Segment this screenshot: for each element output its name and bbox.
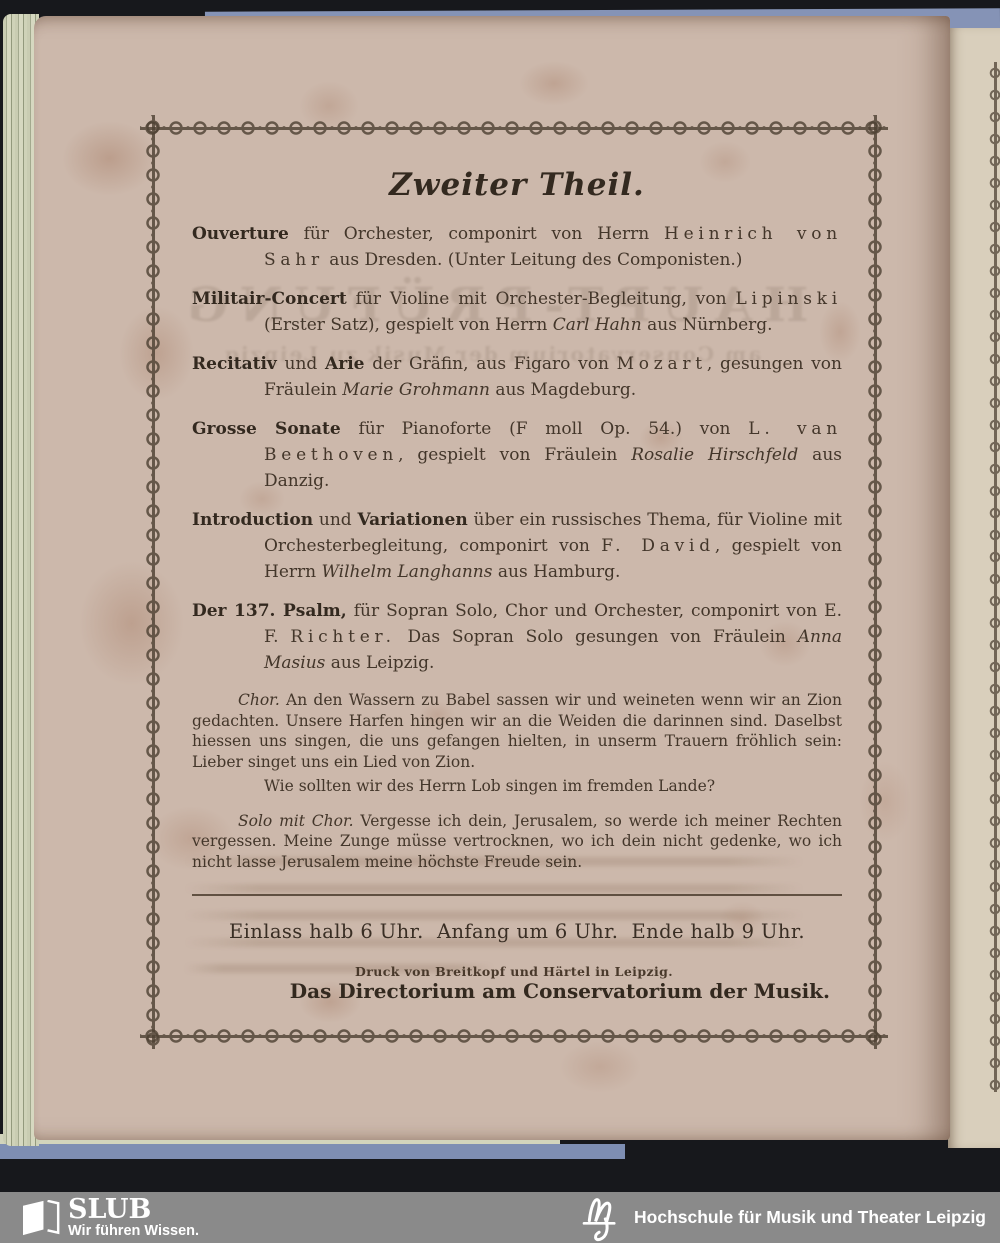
program-page: HAUPT-PRÜFUNG am Conservatorium der Musi… xyxy=(34,16,950,1140)
directorium-signature: Das Directorium am Conservatorium der Mu… xyxy=(192,979,842,1003)
hmt-mark-icon xyxy=(582,1194,618,1242)
text-segment: Wilhelm Langhanns xyxy=(322,562,493,582)
program-item-introduction-variationen: Introduction und Variationen über ein ru… xyxy=(192,507,842,585)
ornamental-border-bottom xyxy=(140,1023,888,1049)
psalm-chor-text: Chor. An den Wassern zu Babel sassen wir… xyxy=(192,690,842,772)
ornamental-border-top xyxy=(140,115,888,141)
text-segment: und xyxy=(277,354,325,374)
ornamental-frame: Zweiter Theil. Ouverture für Orchester, … xyxy=(140,115,888,1049)
facing-page-ornament-border xyxy=(988,62,1000,1092)
program-item-recitativ-arie: Recitativ und Arie der Gräfin, aus Figar… xyxy=(192,351,842,403)
text-segment: und xyxy=(313,510,357,530)
text-segment: aus Nürnberg. xyxy=(642,315,773,335)
program-item-grosse-sonate: Grosse Sonate für Pianoforte (F moll Op.… xyxy=(192,416,842,494)
text-segment: Richter. xyxy=(290,627,395,647)
text-segment: Lipinski xyxy=(735,289,842,309)
printer-imprint: Druck von Breitkopf und Härtel in Leipzi… xyxy=(166,964,862,979)
text-segment: Recitativ xyxy=(192,354,277,374)
text-segment: Das Sopran Solo gesungen von Fräulein xyxy=(396,627,798,647)
text-segment: aus Dresden. (Unter Leitung des Componis… xyxy=(324,250,743,270)
text-segment: Chor. xyxy=(238,691,280,709)
text-segment: aus Magdeburg. xyxy=(490,380,636,400)
text-segment: für Violine mit Orchester-Begleitung, vo… xyxy=(347,289,736,309)
text-segment: Arie xyxy=(325,354,364,374)
text-segment: Ouverture xyxy=(192,224,289,244)
text-segment: Variationen xyxy=(357,510,467,530)
text-segment: Der 137. Psalm, xyxy=(192,601,347,621)
text-segment: Rosalie Hirschfeld xyxy=(631,445,798,465)
slub-logo: SLUB Wir führen Wissen. xyxy=(22,1197,199,1239)
psalm-solo-text: Solo mit Chor. Vergesse ich dein, Jerusa… xyxy=(192,811,842,873)
program-item-ouverture: Ouverture für Orchester, componirt von H… xyxy=(192,221,842,273)
ornamental-border-left xyxy=(140,115,166,1049)
text-segment: Mozart xyxy=(617,354,707,374)
text-segment: aus Leipzig. xyxy=(325,653,434,673)
text-segment: der Gräfin, aus Figaro von xyxy=(364,354,616,374)
text-segment: (Erster Satz), gespielt von Herrn xyxy=(264,315,553,335)
text-segment: Carl Hahn xyxy=(553,315,642,335)
program-title: Zweiter Theil. xyxy=(192,167,842,203)
text-segment: F. David xyxy=(601,536,715,556)
ornamental-border-right xyxy=(862,115,888,1049)
separator-rule xyxy=(192,894,842,896)
program-item-psalm-137: Der 137. Psalm, für Sopran Solo, Chor un… xyxy=(192,598,842,676)
text-segment: aus Hamburg. xyxy=(492,562,620,582)
slub-wordmark: SLUB xyxy=(68,1197,199,1223)
open-book-icon xyxy=(22,1200,60,1236)
text-segment: , gespielt von Fräulein xyxy=(398,445,631,465)
text-segment: Grosse Sonate xyxy=(192,419,341,439)
text-segment: Introduction xyxy=(192,510,313,530)
book-cover-edge-bottom xyxy=(0,1144,625,1159)
slub-tagline: Wir führen Wissen. xyxy=(68,1223,199,1239)
text-segment: An den Wassern zu Babel sassen wir und w… xyxy=(192,691,842,771)
partner-logo: Hochschule für Musik und Theater Leipzig xyxy=(582,1192,986,1243)
text-segment: Militair-Concert xyxy=(192,289,347,309)
admission-times: Einlass halb 6 Uhr. Anfang um 6 Uhr. End… xyxy=(192,920,842,943)
program-item-militair-concert: Militair-Concert für Violine mit Orchest… xyxy=(192,286,842,338)
program-content: Zweiter Theil. Ouverture für Orchester, … xyxy=(166,141,862,1023)
psalm-chor-line: Wie sollten wir des Herrn Lob singen im … xyxy=(192,776,842,797)
text-segment: für Orchester, componirt von Herrn xyxy=(289,224,664,244)
text-segment: Marie Grohmann xyxy=(342,380,490,400)
footer-bar: SLUB Wir führen Wissen. Hochschule für M… xyxy=(0,1192,1000,1243)
partner-label: Hochschule für Musik und Theater Leipzig xyxy=(634,1207,986,1228)
text-segment: für Pianoforte (F moll Op. 54.) von xyxy=(341,419,749,439)
text-segment: Solo mit Chor. xyxy=(238,812,354,830)
facing-page xyxy=(948,28,1000,1148)
